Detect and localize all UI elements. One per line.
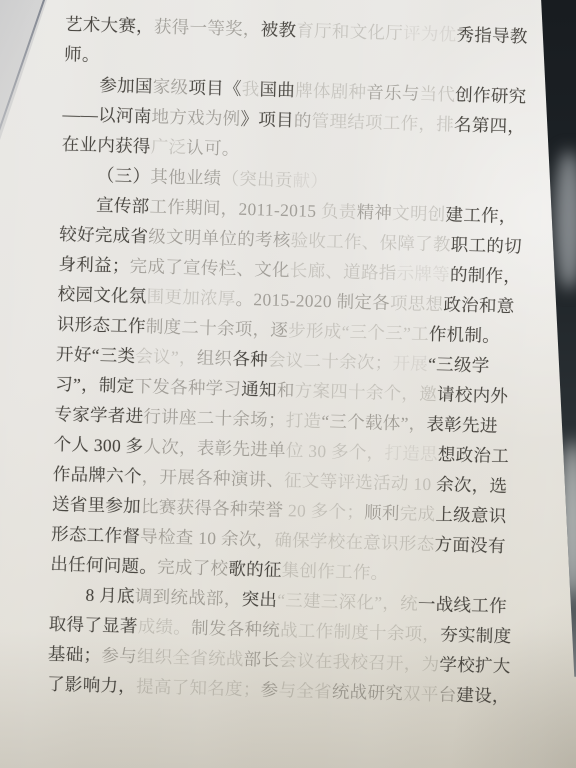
- text-segment: 征文等评选活动 10: [284, 470, 437, 494]
- text-segment: 级文明单位的: [148, 226, 255, 249]
- text-segment: 参加国: [99, 75, 153, 96]
- text-segment: ——以河南: [62, 104, 152, 126]
- text-segment: 文明创: [392, 203, 446, 224]
- text-segment: 取得了显著: [49, 614, 139, 636]
- text-segment: 位 30 多个，: [286, 440, 385, 463]
- text-segment: 制定各: [336, 291, 390, 312]
- text-segment: 成绩。: [137, 616, 191, 637]
- text-segment: 围更加浓厚: [146, 286, 236, 308]
- text-segment: 表彰先进: [426, 414, 498, 436]
- text-segment: 各种统: [226, 619, 280, 640]
- text-segment: 识形态工作: [57, 314, 147, 336]
- text-segment: 歌的征: [228, 559, 282, 580]
- page-corner-fold-shade: [0, 0, 60, 150]
- text-segment: 了影响力，: [47, 674, 137, 696]
- text-segment: 战工作制度十余项，: [280, 620, 441, 644]
- text-segment: 》项目: [240, 109, 294, 130]
- text-segment: 被教: [260, 19, 296, 40]
- text-segment: 习”，制定: [55, 374, 135, 396]
- text-segment: 育厅和文化厅: [296, 20, 403, 43]
- text-segment: 校园文化氛: [57, 284, 147, 306]
- text-segment: 验收工作、保障了教: [290, 230, 451, 254]
- photographed-document: { "photo": { "colors": { "background": "…: [0, 0, 576, 768]
- text-segment: 工作期间，: [149, 196, 239, 218]
- page-corner-fold-line: [0, 0, 47, 144]
- text-segment: 完成了校: [157, 557, 229, 579]
- text-segment: 十余场；: [214, 408, 286, 430]
- text-segment: 2011-2015: [238, 199, 321, 221]
- document-text: 艺术大赛，获得一等奖，被教育厅和文化厅评为优秀指导教师。参加国家级项目《我国曲牌…: [47, 9, 519, 711]
- text-segment: 项思想: [390, 293, 444, 314]
- text-segment: 一战线工作: [418, 594, 508, 616]
- text-segment: ，: [408, 413, 426, 433]
- text-segment: 在业内获得: [61, 134, 151, 156]
- text-segment: 作品牌六个: [53, 464, 143, 486]
- text-segment: 表彰先进单: [197, 438, 287, 460]
- text-segment: 余次，选: [436, 474, 508, 496]
- text-segment: ，排: [418, 114, 454, 135]
- text-segment: ，统: [382, 593, 418, 614]
- text-segment: 各种: [232, 349, 268, 370]
- text-segment: 人次，: [143, 436, 197, 457]
- text-segment: 20 多个；: [283, 500, 364, 522]
- text-segment: 负责: [321, 201, 357, 222]
- text-segment: 方案四十余个，: [294, 380, 419, 403]
- text-segment: 突出: [241, 589, 277, 610]
- text-segment: 行讲座二: [143, 406, 215, 428]
- text-segment: 比赛获得各种荣誉: [141, 496, 284, 520]
- text-segment: 下发各种学: [134, 376, 224, 398]
- text-segment: 我: [241, 79, 259, 99]
- text-segment: 送省里参加: [52, 494, 142, 516]
- text-segment: 参与: [101, 645, 137, 666]
- text-segment: 当代: [419, 84, 455, 105]
- text-segment: 基础；: [48, 644, 102, 665]
- text-segment: 完成了宣传栏、文化: [129, 256, 290, 280]
- text-segment: 秀指导教: [456, 25, 528, 47]
- text-segment: 确保学校在意识形态: [274, 530, 435, 554]
- text-segment: 名第四，: [454, 115, 526, 137]
- text-segment: 形态工作督: [51, 524, 141, 546]
- text-segment: 作机制。: [429, 324, 501, 346]
- text-segment: 学校扩大: [439, 654, 511, 676]
- text-segment: 政治和意: [443, 294, 515, 316]
- paper-page: 艺术大赛，获得一等奖，被教育厅和文化厅评为优秀指导教师。参加国家级项目《我国曲牌…: [0, 0, 576, 768]
- text-segment: “三建三深化”: [277, 590, 383, 613]
- text-segment: 顺利: [364, 502, 400, 523]
- text-segment: 通知: [241, 379, 277, 400]
- text-segment: 和: [277, 380, 295, 400]
- text-segment: 广泛: [150, 136, 186, 157]
- text-segment: 出任何问题。: [50, 554, 157, 577]
- text-segment: 专家学者进: [54, 404, 144, 426]
- text-segment: 步形成: [288, 320, 342, 341]
- text-segment: 组织全省统战: [137, 646, 244, 669]
- text-segment: ，开展各种演讲、: [142, 466, 285, 490]
- text-segment: 双平: [403, 683, 439, 704]
- text-segment: 其他业绩: [150, 166, 222, 188]
- text-segment: 集创作工作。: [281, 560, 388, 583]
- text-segment: 参: [260, 680, 278, 700]
- text-segment: 会议二十余次；: [268, 350, 393, 373]
- text-segment: 台: [438, 684, 456, 704]
- text-segment: 。2015-2020: [235, 289, 337, 312]
- text-segment: 与全省: [278, 680, 332, 701]
- text-segment: 习: [223, 378, 241, 398]
- text-segment: 较好完成省: [59, 224, 149, 246]
- text-segment: 开展: [392, 353, 428, 374]
- text-segment: 国曲: [259, 79, 295, 100]
- text-segment: 邀: [419, 384, 437, 404]
- text-segment: 工: [411, 323, 429, 343]
- text-segment: （三）: [97, 165, 151, 186]
- text-segment: 宣传部: [96, 195, 150, 216]
- text-segment: 师。: [64, 44, 100, 65]
- text-segment: 组织: [197, 348, 233, 369]
- text-segment: 建工作，: [445, 204, 517, 226]
- text-segment: 8 月底: [85, 585, 135, 606]
- text-segment: 牌体剧种: [295, 80, 367, 102]
- text-segment: 长廊、道路指: [290, 260, 397, 283]
- text-segment: 打造: [286, 410, 322, 431]
- text-segment: 管理结项工作: [311, 111, 418, 134]
- text-segment: 考核: [255, 229, 291, 250]
- text-segment: 音乐与: [366, 82, 420, 103]
- text-segment: 开好“三类: [56, 344, 136, 366]
- text-segment: 精神: [356, 202, 392, 223]
- text-segment: 请校内外: [437, 384, 509, 406]
- text-segment: 示牌等: [396, 263, 450, 284]
- text-segment: 方面没有: [434, 534, 506, 556]
- text-segment: 上级意识: [435, 504, 507, 526]
- text-segment: “三个载体”: [321, 411, 409, 433]
- text-segment: 评为优: [403, 23, 457, 44]
- text-segment: 夯实制度: [440, 624, 512, 646]
- text-segment: 会议在我校召开，为: [279, 650, 440, 674]
- text-segment: 打造思: [384, 443, 438, 464]
- text-segment: 建设，: [456, 685, 510, 706]
- text-segment: 制发: [191, 618, 227, 639]
- text-segment: 艺术大赛，: [65, 14, 155, 36]
- text-segment: 制度二十余项，逐: [146, 316, 289, 340]
- text-segment: 认可。: [186, 137, 240, 158]
- text-segment: “三个三”: [341, 322, 411, 344]
- text-segment: 统战研究: [332, 681, 404, 703]
- text-segment: 家级: [152, 76, 188, 97]
- text-segment: 身利益；: [58, 254, 130, 276]
- text-segment: “三级学: [428, 354, 490, 376]
- text-segment: 个人 300 多: [53, 434, 143, 456]
- text-segment: 调到统战部，: [135, 586, 242, 609]
- text-segment: 获得一等奖，: [154, 16, 261, 39]
- text-segment: 导检查 10 余次，: [140, 526, 275, 550]
- text-segment: 会议”，: [135, 346, 197, 368]
- text-segment: 的: [294, 110, 312, 130]
- text-segment: 项目《: [188, 77, 242, 98]
- text-segment: 献）: [292, 170, 328, 191]
- text-segment: 完成: [400, 503, 436, 524]
- text-segment: 部长: [243, 649, 279, 670]
- text-segment: 想政治工: [438, 444, 510, 466]
- text-segment: （突出贡: [221, 168, 293, 190]
- background-blur-object: [554, 150, 576, 290]
- text-segment: 的制作，: [450, 264, 522, 286]
- text-segment: 地方戏为例: [151, 106, 241, 128]
- text-segment: 创作研究: [455, 85, 527, 107]
- text-segment: 职工的切: [451, 235, 523, 257]
- text-segment: 提高了知名度；: [136, 676, 261, 699]
